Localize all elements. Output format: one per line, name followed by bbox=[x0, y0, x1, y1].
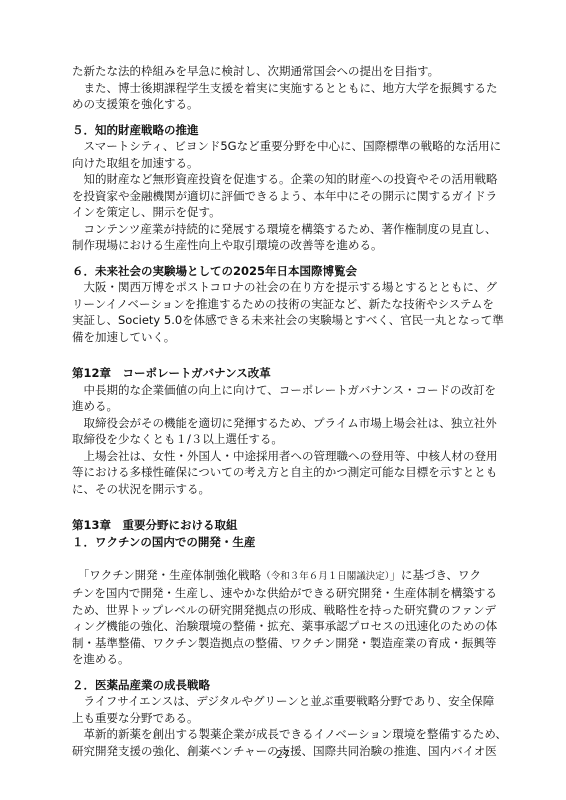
section-heading-1-vaccine: １．ワクチンの国内での開発・生産 bbox=[72, 534, 514, 551]
paragraph-vaccine-lead: 「ワクチン開発・生産体制強化戦略 bbox=[72, 568, 261, 582]
paragraph-vaccine: 「ワクチン開発・生産体制強化戦略（令和３年６月１日閣議決定）」に基づき、ワク チ… bbox=[72, 550, 514, 668]
section-heading-6-expo-2025: ６．未来社会の実験場としての2025年日本国際博覧会 bbox=[72, 263, 514, 280]
paragraph-ip-strategy: スマートシティ、ビヨンド5Gなど重要分野を中心に、国際標準の戦略的な活用に 向け… bbox=[72, 138, 514, 254]
paragraph-expo-2025: 大阪・関西万博をポストコロナの社会の在り方を提示する場とするとともに、グ リーン… bbox=[72, 279, 514, 345]
paragraph-vaccine-rest: 」に基づき、ワク チンを国内で開発・生産し、速やかな供給ができる研究開発・生産体… bbox=[72, 568, 497, 667]
page-content: た新たな法的枠組みを早急に検討し、次期通常国会への提出を目指す。 また、博士後期… bbox=[72, 63, 514, 759]
paragraph-legal-framework: た新たな法的枠組みを早急に検討し、次期通常国会への提出を目指す。 また、博士後期… bbox=[72, 63, 514, 113]
section-heading-2-pharma-growth: ２．医薬品産業の成長戦略 bbox=[72, 677, 514, 694]
chapter-heading-12-corporate-governance: 第12章 コーポレートガバナンス改革 bbox=[72, 365, 514, 382]
document-page: た新たな法的枠組みを早急に検討し、次期通常国会への提出を目指す。 また、博士後期… bbox=[0, 0, 566, 800]
section-heading-5-ip-strategy: ５．知的財産戦略の推進 bbox=[72, 122, 514, 139]
page-number: 27 bbox=[0, 748, 566, 761]
paragraph-corporate-governance: 中長期的な企業価値の向上に向けて、コーポレートガバナンス・コードの改訂を 進める… bbox=[72, 382, 514, 498]
paragraph-vaccine-cabinet-decision-note: （令和３年６月１日閣議決定） bbox=[261, 571, 389, 582]
chapter-heading-13-key-areas: 第13章 重要分野における取組 bbox=[72, 517, 514, 534]
